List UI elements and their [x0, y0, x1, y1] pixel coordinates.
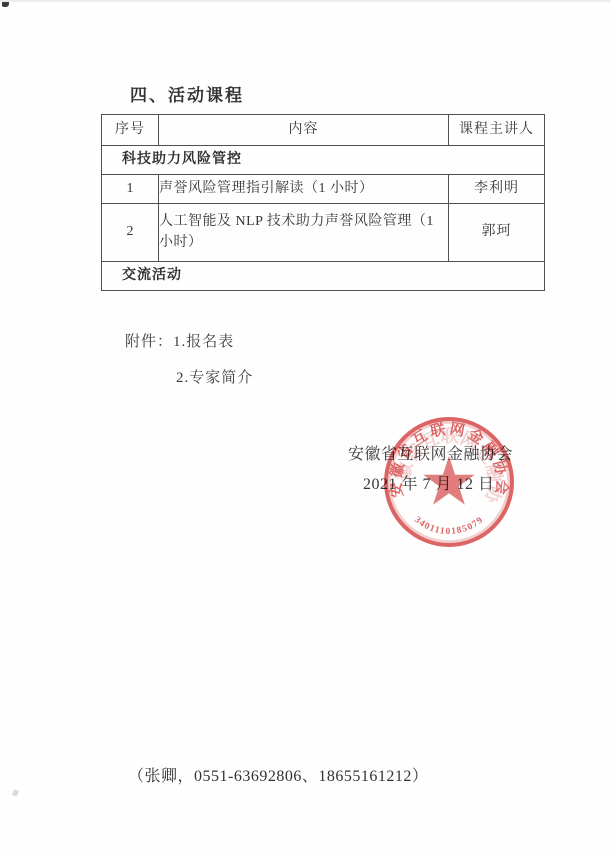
scan-corner-artifact — [2, 2, 9, 7]
header-cell-no: 序号 — [102, 115, 159, 146]
attachments-block: 附件：1.报名表 2.专家简介 — [125, 324, 253, 396]
attachment-item-1: 1.报名表 — [173, 334, 234, 350]
attachment-line-1: 附件：1.报名表 — [125, 324, 253, 360]
cell-speaker-name: 郭珂 — [449, 204, 545, 262]
table-row: 1 声誉风险管理指引解读（1 小时） 李利明 — [102, 175, 545, 204]
table-row: 2 人工智能及 NLP 技术助力声誉风险管理（1 小时） 郭珂 — [102, 204, 545, 262]
table-header-row: 序号 内容 课程主讲人 — [102, 115, 545, 146]
cell-row-number: 2 — [102, 204, 159, 262]
attachment-item-2: 2.专家简介 — [176, 360, 253, 396]
cell-row-number: 1 — [102, 175, 159, 204]
section-row-tech-label: 科技助力风险管控 — [102, 146, 545, 175]
attachment-label: 附件： — [125, 334, 173, 350]
contact-line: （张卿，0551-63692806、18655161212） — [128, 763, 428, 786]
section-row-exchange: 交流活动 — [102, 262, 545, 291]
course-table: 序号 内容 课程主讲人 科技助力风险管控 1 声誉风险管理指引解读（1 小时） … — [101, 114, 545, 291]
seal-star-icon — [423, 456, 474, 505]
cell-speaker-name: 李利明 — [449, 175, 545, 204]
section-row-tech: 科技助力风险管控 — [102, 146, 545, 175]
seal-serial-number: 3401110185079 — [412, 515, 486, 537]
header-cell-speaker: 课程主讲人 — [449, 115, 545, 146]
header-cell-content: 内容 — [159, 115, 449, 146]
cell-course-content: 人工智能及 NLP 技术助力声誉风险管理（1 小时） — [159, 204, 449, 262]
cell-course-content: 声誉风险管理指引解读（1 小时） — [159, 175, 449, 204]
section-heading: 四、活动课程 — [130, 81, 244, 106]
official-seal: 安徽省互联网金融协会 安徽省互联网金融协会 3401110185079 — [379, 412, 519, 552]
section-row-exchange-label: 交流活动 — [102, 262, 545, 291]
scan-speck-artifact — [12, 789, 19, 797]
scanned-document-page: 四、活动课程 序号 内容 课程主讲人 科技助力风险管控 1 声誉风险管理指引解读… — [0, 0, 611, 858]
